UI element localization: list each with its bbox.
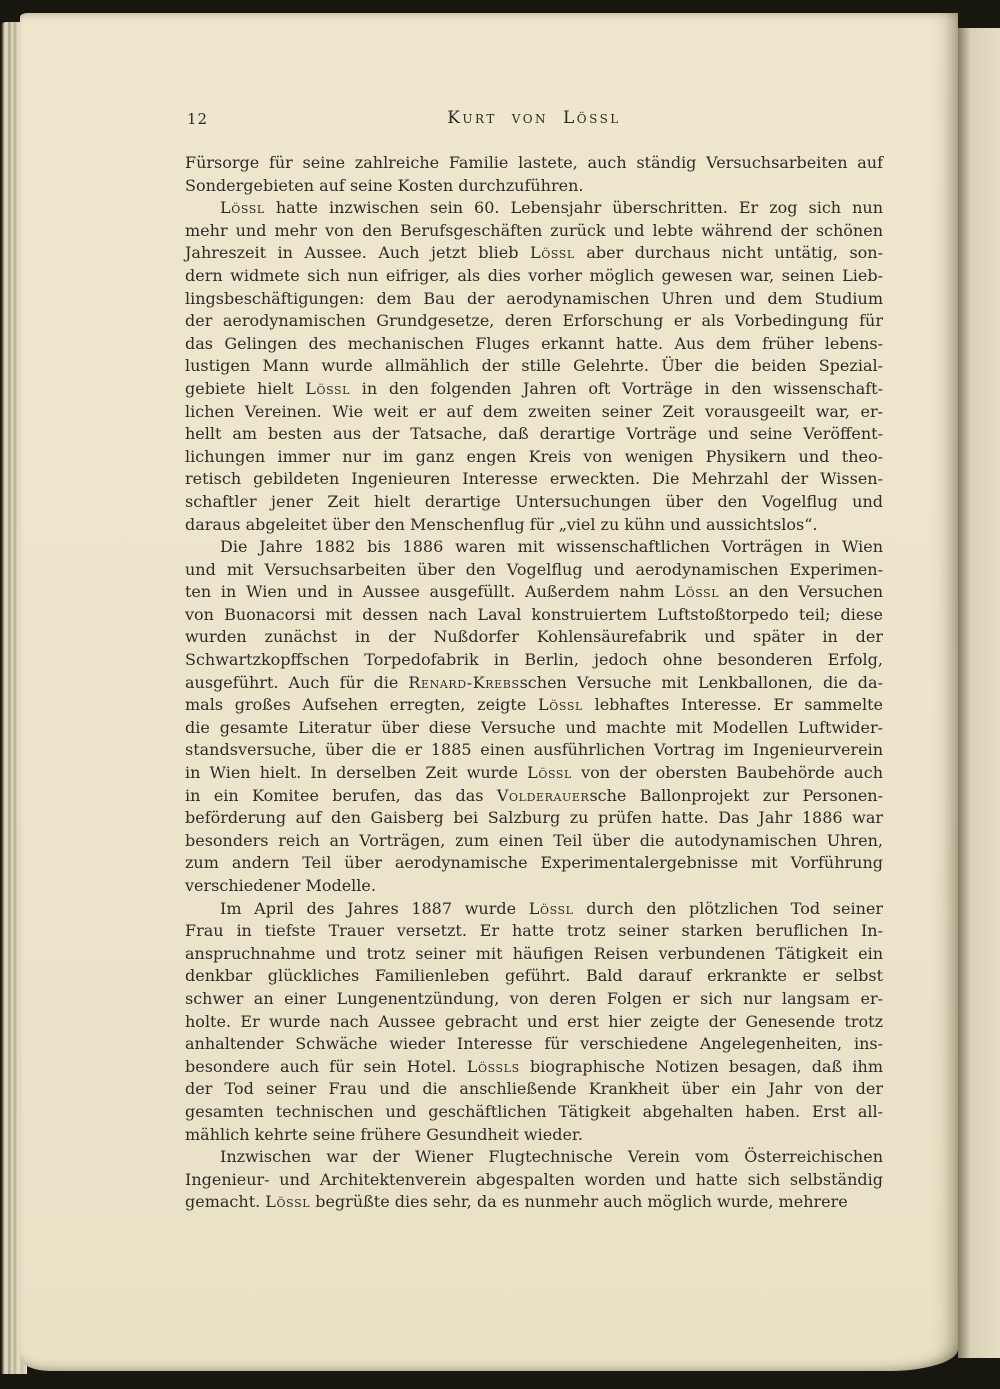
text-line: Lössl hatte inzwischen sein 60. Lebensja… xyxy=(185,197,883,220)
paragraph: Inzwischen war der Wiener Flugtechnische… xyxy=(185,1146,883,1214)
paragraph: Lössl hatte inzwischen sein 60. Lebensja… xyxy=(185,197,883,536)
smallcaps-name: Lössls xyxy=(467,1057,520,1076)
text-line: lichungen immer nur im ganz engen Kreis … xyxy=(185,446,883,469)
running-title: Kurt von Lössl xyxy=(185,108,883,128)
smallcaps-name: Lössl xyxy=(529,899,574,918)
text-line: Jahreszeit in Aussee. Auch jetzt blieb L… xyxy=(185,242,883,265)
text-line: anhaltender Schwäche wieder Interesse fü… xyxy=(185,1033,883,1056)
text-line: gemacht. Lössl begrüßte dies sehr, da es… xyxy=(185,1191,883,1214)
book-page: 12 Kurt von Lössl Fürsorge für seine zah… xyxy=(20,13,958,1371)
text-line: standsversuche, über die er 1885 einen a… xyxy=(185,739,883,762)
text-line: Die Jahre 1882 bis 1886 waren mit wissen… xyxy=(185,536,883,559)
text-line: lustigen Mann wurde allmählich der still… xyxy=(185,355,883,378)
text-line: Fürsorge für seine zahlreiche Familie la… xyxy=(185,152,883,175)
text-line: zum andern Teil über aerodynamische Expe… xyxy=(185,852,883,875)
text-line: die gesamte Literatur über diese Versuch… xyxy=(185,717,883,740)
text-line: das Gelingen des mechanischen Fluges erk… xyxy=(185,333,883,356)
text-line: lingsbeschäftigungen: dem Bau der aerody… xyxy=(185,288,883,311)
text-line: retisch gebildeten Ingenieuren Interesse… xyxy=(185,468,883,491)
text-line: hellt am besten aus der Tatsache, daß de… xyxy=(185,423,883,446)
text-line: besondere auch für sein Hotel. Lössls bi… xyxy=(185,1056,883,1079)
text-line: der Tod seiner Frau und die anschließend… xyxy=(185,1078,883,1101)
smallcaps-name: Lössl xyxy=(220,198,265,217)
text-line: der aerodynamischen Grundgesetze, deren … xyxy=(185,310,883,333)
text-line: von Buonacorsi mit dessen nach Laval kon… xyxy=(185,604,883,627)
text-line: Im April des Jahres 1887 wurde Lössl dur… xyxy=(185,898,883,921)
smallcaps-name: Lössl xyxy=(305,379,350,398)
text-line: in ein Komitee berufen, das das Volderau… xyxy=(185,785,883,808)
smallcaps-name: Lössl xyxy=(467,1057,512,1076)
page-body: Fürsorge für seine zahlreiche Familie la… xyxy=(185,152,883,1214)
text-line: mehr und mehr von den Berufsgeschäften z… xyxy=(185,220,883,243)
text-line: mals großes Aufsehen erregten, zeigte Lö… xyxy=(185,694,883,717)
text-line: in Wien hielt. In derselben Zeit wurde L… xyxy=(185,762,883,785)
text-line: wurden zunächst in der Nußdorfer Kohlens… xyxy=(185,626,883,649)
text-line: beförderung auf den Gaisberg bei Salzbur… xyxy=(185,807,883,830)
text-line: anspruchnahme und trotz seiner mit häufi… xyxy=(185,943,883,966)
paragraph: Fürsorge für seine zahlreiche Familie la… xyxy=(185,152,883,197)
smallcaps-name: Volderauer xyxy=(497,786,590,805)
text-line: daraus abgeleitet über den Menschenflug … xyxy=(185,514,883,537)
text-line: gesamten technischen und geschäftlichen … xyxy=(185,1101,883,1124)
text-line: dern widmete sich nun eifriger, als dies… xyxy=(185,265,883,288)
smallcaps-name: Lössl xyxy=(538,695,583,714)
smallcaps-name: Lössl xyxy=(674,582,719,601)
text-line: ausgeführt. Auch für die Renard-Krebssch… xyxy=(185,672,883,695)
text-line: lichen Vereinen. Wie weit er auf dem zwe… xyxy=(185,401,883,424)
text-line: mählich kehrte seine frühere Gesundheit … xyxy=(185,1124,883,1147)
smallcaps-name: Lössl xyxy=(265,1192,310,1211)
text-line: gebiete hielt Lössl in den folgenden Jah… xyxy=(185,378,883,401)
paragraph: Die Jahre 1882 bis 1886 waren mit wissen… xyxy=(185,536,883,898)
text-line: holte. Er wurde nach Aussee gebracht und… xyxy=(185,1011,883,1034)
text-line: schwer an einer Lungenentzündung, von de… xyxy=(185,988,883,1011)
text-line: ten in Wien und in Aussee ausgefüllt. Au… xyxy=(185,581,883,604)
text-line: besonders reich an Vorträgen, zum einen … xyxy=(185,830,883,853)
text-line: Schwartzkopffschen Torpedofabrik in Berl… xyxy=(185,649,883,672)
text-line: denkbar glückliches Familienleben geführ… xyxy=(185,965,883,988)
text-line: schaftler jener Zeit hielt derartige Unt… xyxy=(185,491,883,514)
smallcaps-name: Lössl xyxy=(530,243,575,262)
smallcaps-name: Renard-Krebs xyxy=(408,673,519,692)
page-header: 12 Kurt von Lössl xyxy=(185,108,883,134)
smallcaps-name: Lössl xyxy=(527,763,572,782)
text-line: verschiedener Modelle. xyxy=(185,875,883,898)
paragraph: Im April des Jahres 1887 wurde Lössl dur… xyxy=(185,898,883,1147)
scanned-book-spread: { "page": { "colors": { "background": "#… xyxy=(0,0,1000,1389)
text-line: Frau in tiefste Trauer versetzt. Er hatt… xyxy=(185,920,883,943)
text-line: Sondergebieten auf seine Kosten durchzuf… xyxy=(185,175,883,198)
text-line: Ingenieur- und Architektenverein abgespa… xyxy=(185,1169,883,1192)
next-page-edge xyxy=(958,28,1000,1358)
text-line: und mit Versuchsarbeiten über den Vogelf… xyxy=(185,559,883,582)
text-line: Inzwischen war der Wiener Flugtechnische… xyxy=(185,1146,883,1169)
